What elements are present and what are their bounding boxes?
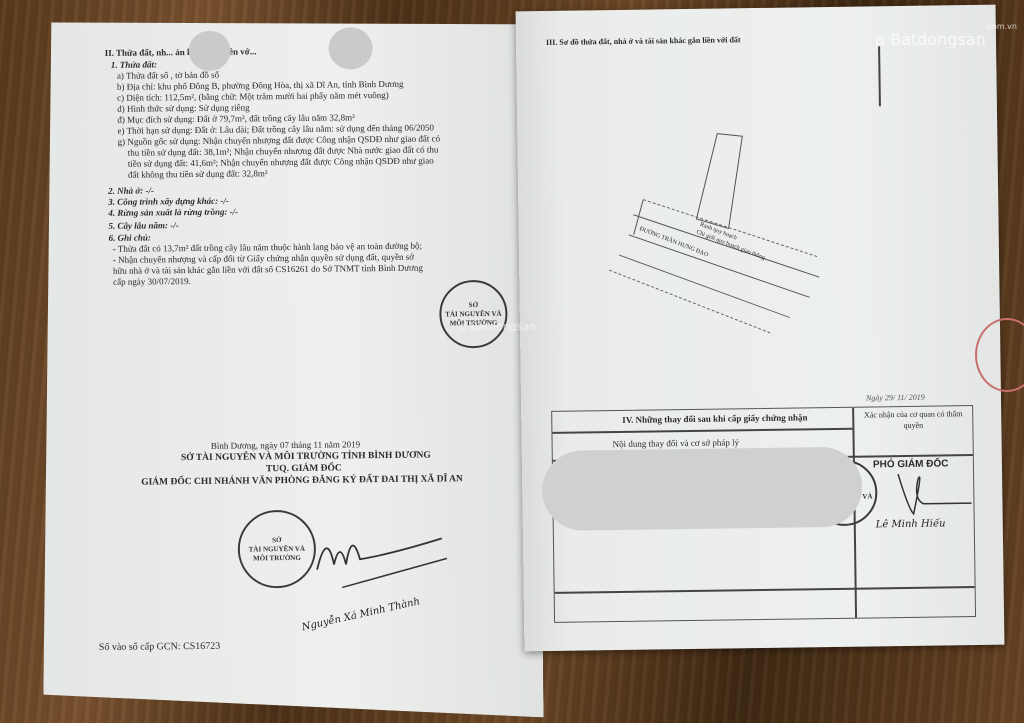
section-ii-title: II. Thửa đất, nh... ản khác gắn liền vớ.… — [105, 46, 257, 59]
registry-number: Số vào sổ cấp GCN: CS16723 — [99, 641, 221, 653]
table-title: IV. Những thay đổi sau khi cấp giấy chứn… — [622, 412, 807, 426]
redaction-blur — [188, 31, 230, 71]
item-perennial: 5. Cây lâu năm: -/- — [108, 220, 178, 232]
note-line: hữu nhà ở và tài sản khác gắn liền với đ… — [113, 263, 423, 277]
item-notes-heading: 6. Ghi chú: — [109, 232, 151, 243]
stamp-line: SỞ — [272, 536, 281, 545]
note-line: cấp ngày 30/07/2019. — [113, 276, 191, 288]
confirm-date: Ngày 29/ 11/ 2019 — [866, 392, 925, 404]
stamp-line: MÔI TRƯỜNG — [253, 553, 301, 562]
deputy-name: Lê Minh Hiếu — [876, 518, 946, 530]
authority-department: SỞ TÀI NGUYÊN VÀ MÔI TRƯỜNG TỈNH BÌNH DƯ… — [181, 451, 431, 465]
watermark-house-icon: ⌂ — [875, 30, 885, 49]
watermark-brand: Batdongsan — [890, 30, 986, 49]
land-line: tiền sử dụng đất: 41,6m²; Nhận chuyển nh… — [128, 155, 434, 169]
official-stamp: SỞ TÀI NGUYÊN VÀ MÔI TRƯỜNG — [237, 510, 316, 589]
stamp-line: SỞ — [469, 301, 478, 310]
signature-scribble — [893, 468, 974, 519]
land-line: c) Diện tích: 112,5m², (bằng chữ: Một tr… — [117, 90, 389, 104]
redaction-blur — [328, 27, 372, 69]
watermark-center: ⌂ Batdongsan — [460, 320, 536, 333]
authority-branch: GIÁM ĐỐC CHI NHÁNH VĂN PHÒNG ĐĂNG KÝ ĐẤT… — [141, 474, 463, 488]
land-line: đất không thu tiền sử dụng đất: 32,8m² — [128, 168, 268, 180]
official-stamp: SỞ TÀI NGUYÊN VÀ MÔI TRƯỜNG — [439, 280, 508, 349]
section-iii-title: III. Sơ đồ thửa đất, nhà ở và tài sản kh… — [546, 34, 741, 48]
certificate-right-page: III. Sơ đồ thửa đất, nhà ở và tài sản kh… — [516, 5, 1005, 652]
issue-date: Bình Dương, ngày 07 tháng 11 năm 2019 — [211, 439, 360, 452]
north-arrow — [878, 46, 881, 106]
authority-proxy: TUQ. GIÁM ĐỐC — [266, 463, 342, 475]
land-heading: 1. Thửa đất: — [111, 59, 157, 70]
watermark-house-icon: ⌂ — [460, 320, 467, 333]
redaction-blur — [542, 447, 863, 531]
watermark-brand: Batdongsan — [470, 320, 536, 333]
item-house: 2. Nhà ở: -/- — [108, 185, 154, 196]
column-confirm-header: Xác nhận của cơ quan có thẩm quyền — [858, 408, 968, 432]
watermark-suffix: .com.vn — [985, 22, 1017, 31]
signer-name: Nguyễn Xá Minh Thành — [301, 596, 421, 633]
signature-scribble — [312, 518, 453, 589]
certificate-left-page: II. Thửa đất, nh... ản khác gắn liền vớ.… — [36, 17, 543, 722]
item-forest: 4. Rừng sản xuất là rừng trồng: -/- — [108, 207, 238, 219]
watermark-logo: ⌂ Batdongsan — [875, 30, 986, 49]
